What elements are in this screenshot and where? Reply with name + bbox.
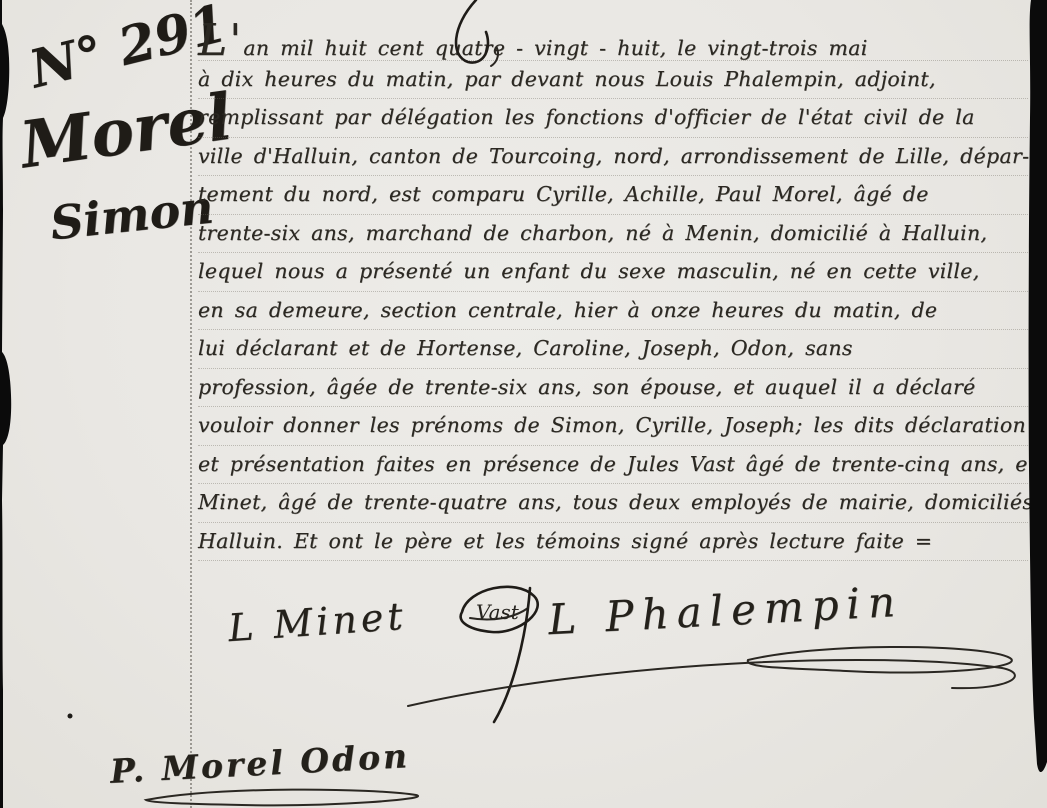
scan-left-edge xyxy=(0,0,11,808)
record-line: lui déclarant et de Hortense, Caroline, … xyxy=(198,330,1028,369)
signature-witness-vast: Vast xyxy=(476,600,520,624)
record-line: à dix heures du matin, par devant nous L… xyxy=(198,61,1028,100)
act-body: L'an mil huit cent quatre - vingt - huit… xyxy=(198,22,1028,561)
signature-underline-loop xyxy=(748,647,1012,673)
signature-vast-loop xyxy=(461,587,538,632)
record-line: profession, âgée de trente-six ans, son … xyxy=(198,369,1028,408)
signature-vast-inner-stroke xyxy=(470,608,528,620)
register-page: N° 291 Morel Simon L'an mil huit cent qu… xyxy=(0,0,1047,808)
record-line: Halluin. Et ont le père et les témoins s… xyxy=(198,523,1028,562)
signature-underline-arc xyxy=(408,660,1015,706)
record-line: trente-six ans, marchand de charbon, né … xyxy=(198,215,1028,254)
record-line: tement du nord, est comparu Cyrille, Ach… xyxy=(198,176,1028,215)
signature-father-morel: P. Morel Odon xyxy=(109,736,411,791)
record-line: vouloir donner les prénoms de Simon, Cyr… xyxy=(198,407,1028,446)
signature-vast-descender xyxy=(494,588,530,722)
scan-right-edge xyxy=(1029,0,1047,772)
record-line: lequel nous a présenté un enfant du sexe… xyxy=(198,253,1028,292)
ink-dot xyxy=(68,714,73,719)
record-line: L'an mil huit cent quatre - vingt - huit… xyxy=(198,22,1028,61)
record-line: en sa demeure, section centrale, hier à … xyxy=(198,292,1028,331)
record-line: et présentation faites en présence de Ju… xyxy=(198,446,1028,485)
record-line: Minet, âgé de trente-quatre ans, tous de… xyxy=(198,484,1028,523)
record-line: remplissant par délégation les fonctions… xyxy=(198,99,1028,138)
record-line: ville d'Halluin, canton de Tourcoing, no… xyxy=(198,138,1028,177)
signature-officer-phalempin: L Phalempin xyxy=(547,577,904,645)
signature-witness-minet: L Minet xyxy=(227,594,408,650)
father-signature-underline xyxy=(146,790,418,806)
